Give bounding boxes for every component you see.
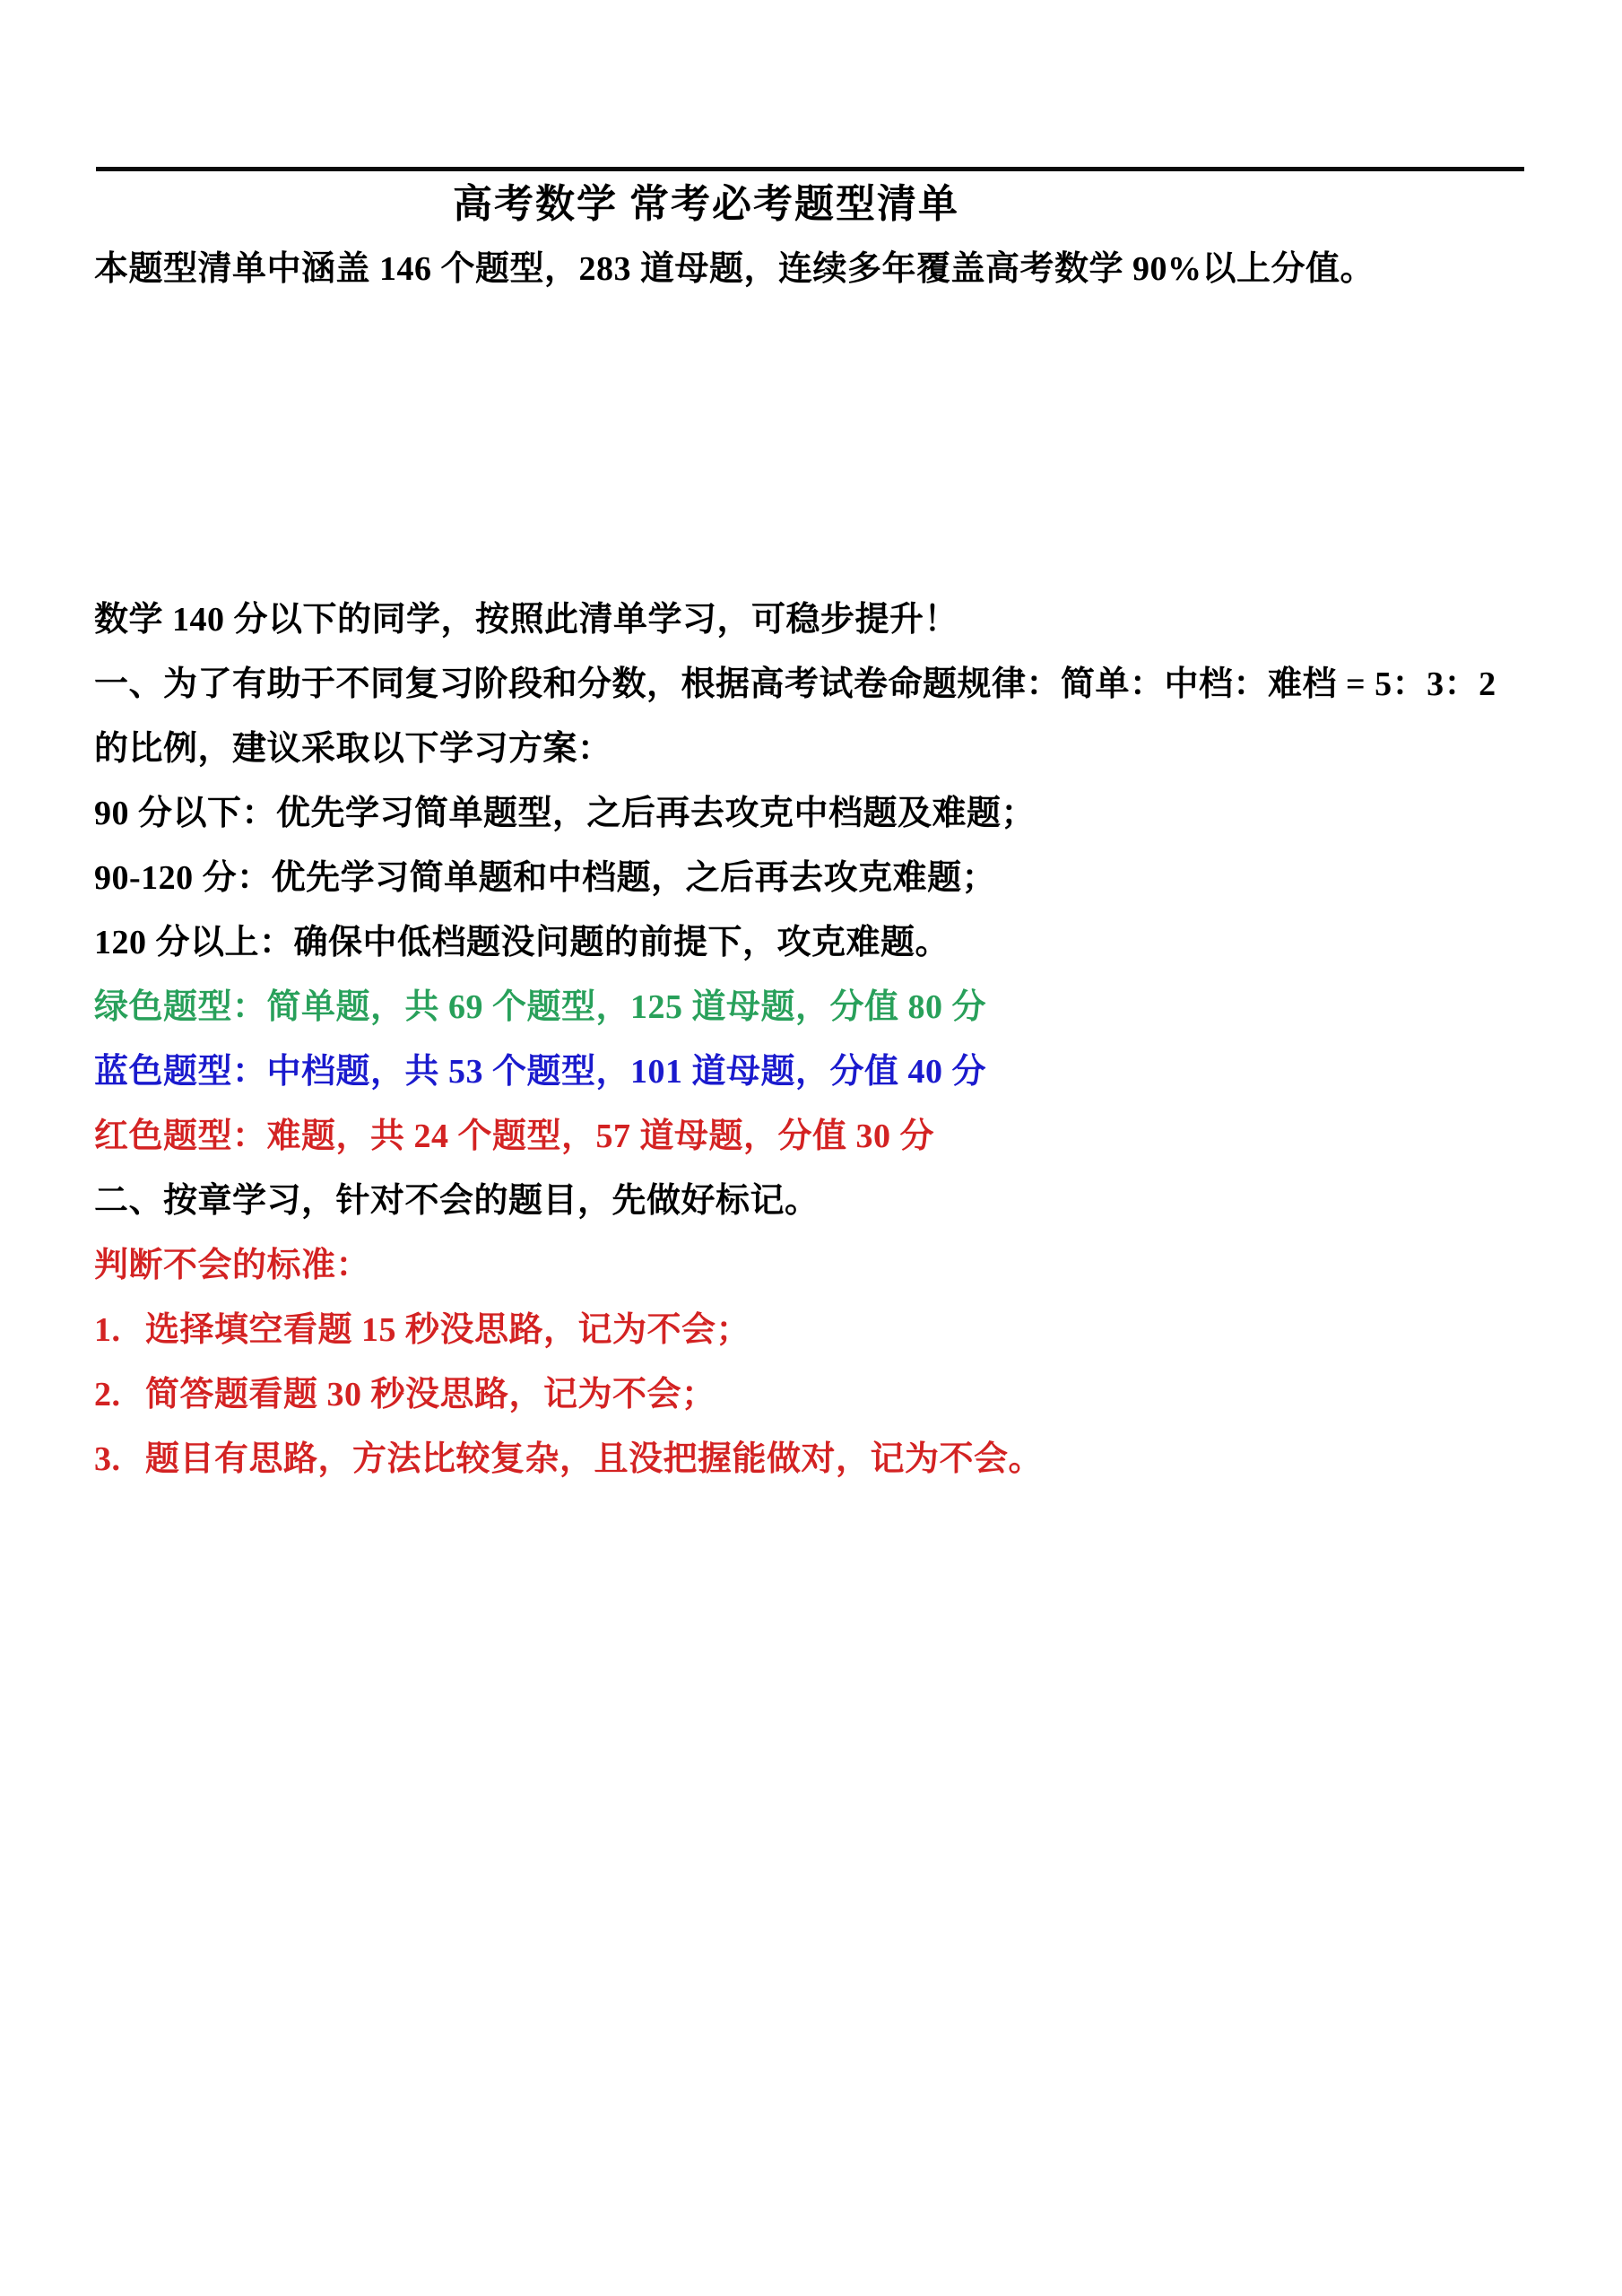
criteria-title: 判断不会的标准： — [94, 1233, 1524, 1298]
criteria-item-3-text: 题目有思路，方法比较复杂，且没把握能做对，记为不会。 — [145, 1427, 1524, 1492]
criteria-item-3-number: 3. — [94, 1427, 145, 1492]
intro-line: 本题型清单中涵盖 146 个题型，283 道母题，连续多年覆盖高考数学 90%以… — [94, 237, 1524, 301]
document-page: 高考数学 常考必考题型清单 本题型清单中涵盖 146 个题型，283 道母题，连… — [0, 0, 1622, 2296]
page-title: 高考数学 常考必考题型清单 — [94, 183, 1524, 226]
category-green-line: 绿色题型：简单题，共 69 个题型，125 道母题，分值 80 分 — [94, 975, 1524, 1039]
criteria-item-2: 2. 简答题看题 30 秒没思路，记为不会； — [94, 1362, 1524, 1427]
criteria-item-2-number: 2. — [94, 1362, 145, 1427]
document-content: 高考数学 常考必考题型清单 本题型清单中涵盖 146 个题型，283 道母题，连… — [94, 170, 1524, 1492]
criteria-item-2-text: 简答题看题 30 秒没思路，记为不会； — [145, 1362, 1524, 1427]
plan-line-90-120: 90-120 分：优先学习简单题和中档题，之后再去攻克难题； — [94, 846, 1524, 910]
criteria-item-1: 1. 选择填空看题 15 秒没思路，记为不会； — [94, 1298, 1524, 1362]
section-two-heading: 二、按章学习，针对不会的题目，先做好标记。 — [94, 1169, 1524, 1233]
plan-line-below-90: 90 分以下：优先学习简单题型，之后再去攻克中档题及难题； — [94, 781, 1524, 846]
criteria-item-1-text: 选择填空看题 15 秒没思路，记为不会； — [145, 1298, 1524, 1362]
category-blue-line: 蓝色题型：中档题，共 53 个题型，101 道母题，分值 40 分 — [94, 1039, 1524, 1104]
criteria-item-1-number: 1. — [94, 1298, 145, 1362]
section-one-heading: 一、为了有助于不同复习阶段和分数，根据高考试卷命题规律：简单：中档：难档 = 5… — [94, 652, 1524, 781]
criteria-item-3: 3. 题目有思路，方法比较复杂，且没把握能做对，记为不会。 — [94, 1427, 1524, 1492]
category-red-line: 红色题型：难题，共 24 个题型，57 道母题，分值 30 分 — [94, 1104, 1524, 1169]
plan-line-above-120: 120 分以上：确保中低档题没问题的前提下，攻克难题。 — [94, 910, 1524, 975]
lead-line: 数学 140 分以下的同学，按照此清单学习，可稳步提升！ — [94, 587, 1524, 652]
